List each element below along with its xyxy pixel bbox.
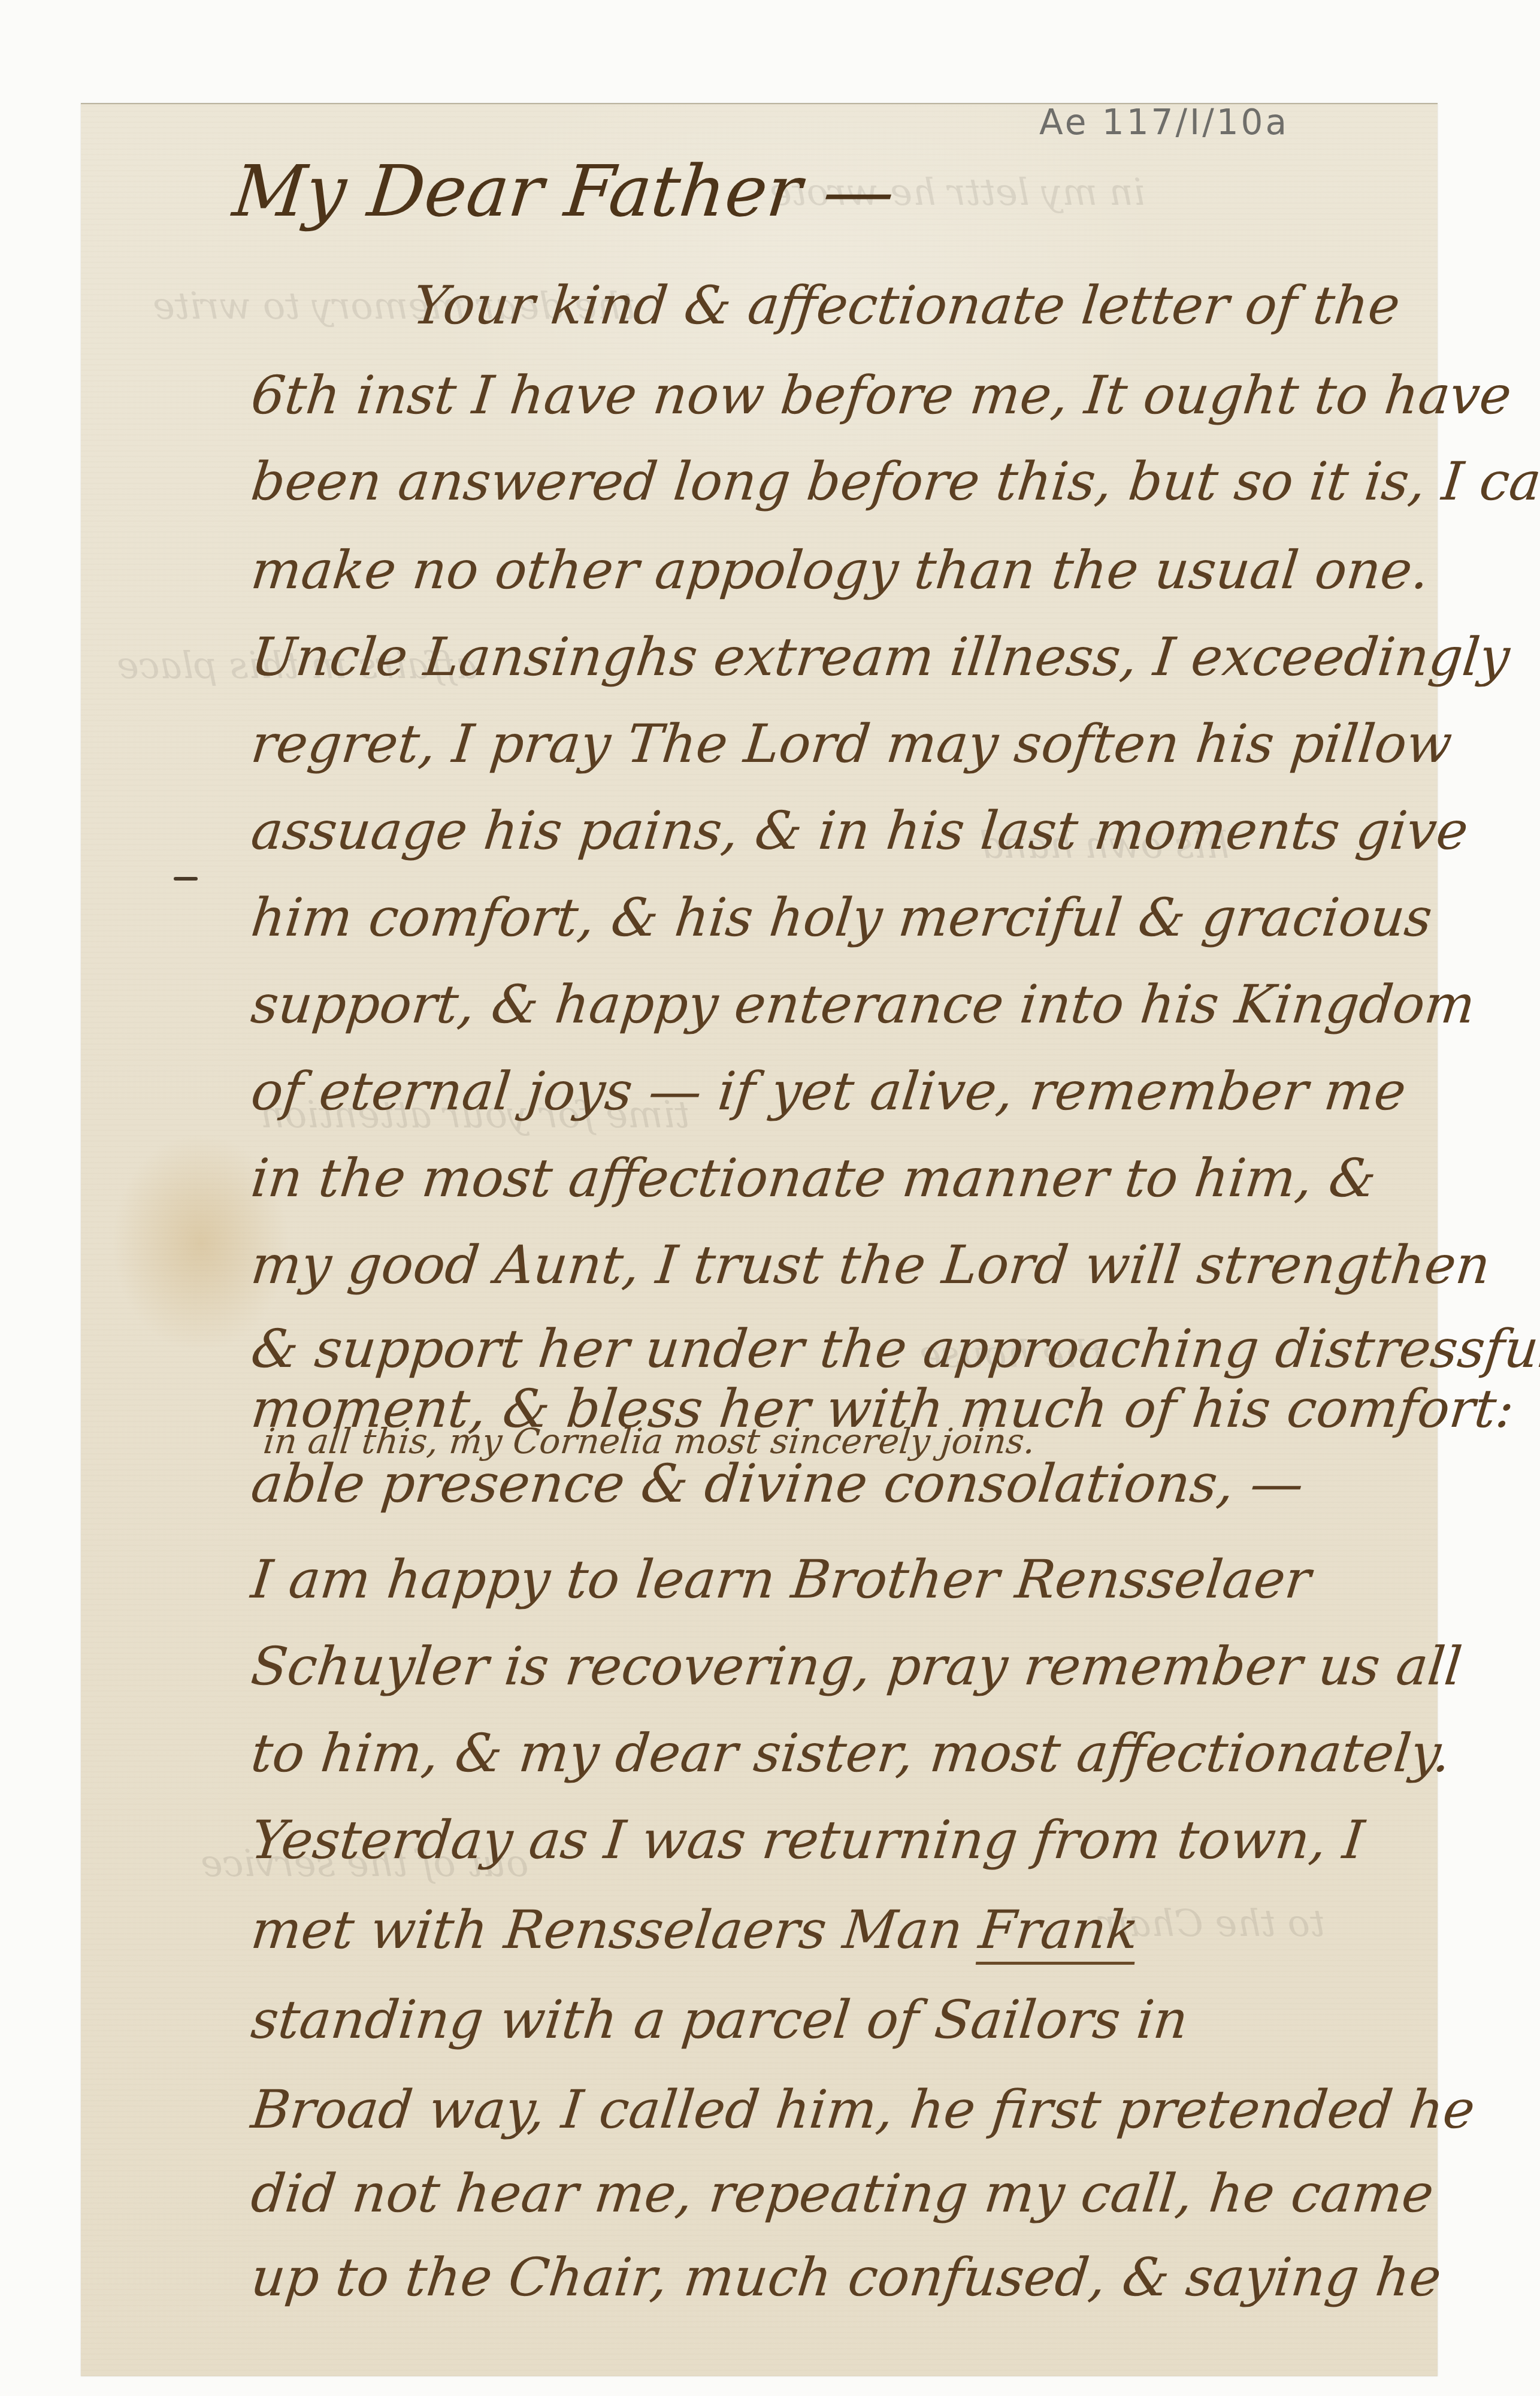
letter-line: make no other appology than the usual on…: [249, 539, 1432, 601]
letter-line: 6th inst I have now before me, It ought …: [249, 364, 1515, 426]
salutation: My Dear Father —: [229, 150, 899, 232]
letter-line: met with Rensselaers Man Frank: [249, 1899, 1142, 1961]
margin-dash: [174, 877, 198, 881]
letter-line: been answered long before this, but so i…: [249, 450, 1540, 512]
letter-line: to him, & my dear sister, most affection…: [249, 1722, 1454, 1784]
letter-line: regret, I pray The Lord may soften his p…: [249, 713, 1456, 775]
letter-line: standing with a parcel of Sailors in: [249, 1989, 1191, 2050]
letter-line-text: met with Rensselaers Man: [249, 1899, 966, 1961]
letter-line: Broad way, I called him, he first preten…: [249, 2079, 1478, 2140]
letter-line: Uncle Lansinghs extream illness, I excee…: [249, 626, 1513, 688]
letter-line: assuage his pains, & in his last moments…: [249, 800, 1471, 861]
letter-line: did not hear me, repeating my call, he c…: [249, 2162, 1437, 2224]
letter-line: Schuyler is recovering, pray remember us…: [249, 1635, 1465, 1697]
archival-reference-label: Ae 117/I/10a: [1039, 102, 1289, 143]
letter-line: & support her under the approaching dist…: [249, 1318, 1540, 1379]
letter-line: Yesterday as I was returning from town, …: [249, 1809, 1367, 1871]
underlined-name: Frank: [976, 1899, 1142, 1965]
letter-line: able presence & divine consolations, —: [249, 1453, 1307, 1514]
letter-line: my good Aunt, I trust the Lord will stre…: [249, 1234, 1493, 1296]
letter-line: Your kind & affectionate letter of the: [410, 274, 1403, 336]
letter-line: of eternal joys — if yet alive, remember…: [249, 1060, 1409, 1122]
letter-line: him comfort, & his holy merciful & graci…: [249, 887, 1435, 948]
letter-line: support, & happy enterance into his King…: [249, 973, 1478, 1035]
letter-line: up to the Chair, much confused, & saying…: [249, 2246, 1444, 2308]
letter-line: I am happy to learn Brother Rensselaer: [249, 1548, 1314, 1610]
letter-line: in the most affectionate manner to him, …: [249, 1147, 1379, 1209]
